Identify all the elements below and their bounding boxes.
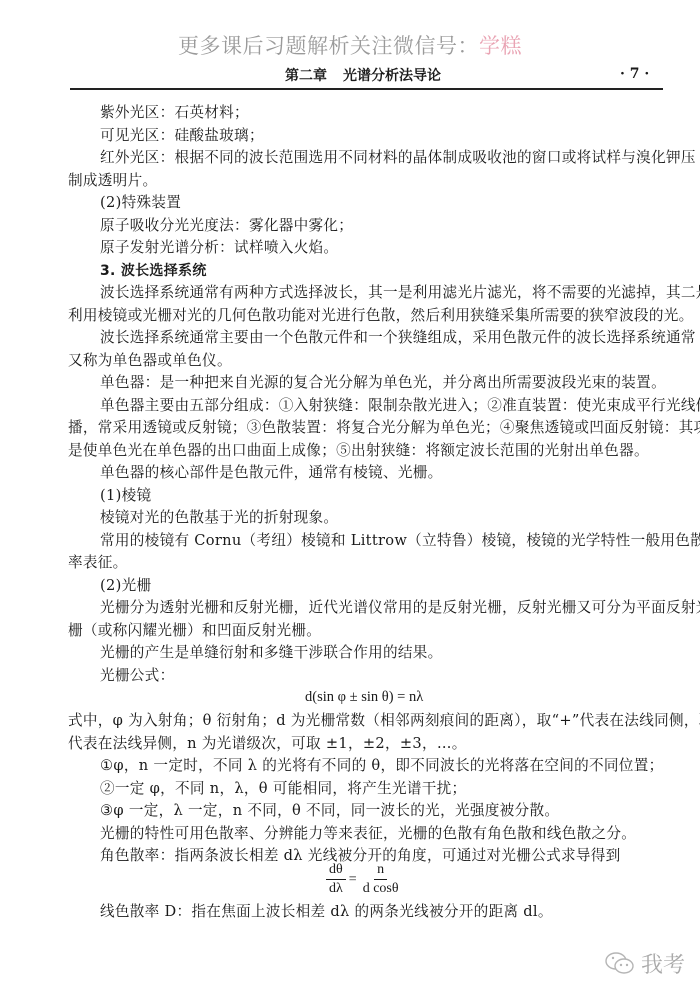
text-line: 单色器的核心部件是色散元件，通常有棱镜、光栅。 — [100, 463, 443, 483]
subsection-heading: (2)光栅 — [100, 576, 151, 596]
text-line: 单色器主要由五部分组成：①入射狭缝：限制杂散光进入；②准直装置：使光束成平行光线… — [100, 396, 700, 416]
text-line: ③φ 一定，λ 一定，n 不同，θ 不同，同一波长的光，光强度被分散。 — [100, 801, 559, 821]
text-line: 光栅的特性可用色散率、分辨能力等来表征，光栅的色散有角色散和线色散之分。 — [100, 824, 636, 844]
text-line: 原子发射光谱分析：试样喷入火焰。 — [100, 238, 338, 258]
text-line: 是使单色光在单色器的出口曲面上成像；⑤出射狭缝：将额定波长范围的光射出单色器。 — [68, 441, 649, 461]
wechat-badge: 我考 — [605, 948, 685, 979]
text-line: 制成透明片。 — [68, 171, 157, 191]
equals-sign: = — [349, 872, 357, 888]
text-line: 光栅的产生是单缝衍射和多缝干涉联合作用的结果。 — [100, 643, 443, 663]
wechat-account-label: 我考 — [641, 948, 685, 979]
text-line: 波长选择系统通常主要由一个色散元件和一个狭缝组成，采用色散元件的波长选择系统通常 — [100, 328, 696, 348]
watermark-banner: 更多课后习题解析关注微信号：学糕 — [0, 30, 700, 60]
text-line: ②一定 φ，不同 n，λ，θ 可能相同，将产生光谱干扰； — [100, 779, 466, 799]
watermark-account: 学糕 — [479, 34, 522, 58]
text-line: 线色散率 D：指在焦面上波长相差 dλ 的两条光线被分开的距离 dl。 — [100, 902, 553, 922]
grating-equation: d(sin φ ± sin θ) = nλ — [305, 689, 423, 706]
text-line: 棱镜对光的色散基于光的折射现象。 — [100, 508, 338, 528]
text-line: 波长选择系统通常有两种方式选择波长，其一是利用滤光片滤光，将不需要的光滤掉，其二… — [100, 283, 700, 303]
chapter-label: 第二章 — [285, 68, 327, 84]
running-header: 第二章光谱分析法导论 — [285, 65, 457, 85]
header-rule — [70, 88, 663, 90]
wechat-icon — [605, 951, 635, 977]
text-line: 栅（或称闪耀光栅）和凹面反射光栅。 — [68, 621, 321, 641]
text-line: 常用的棱镜有 Cornu（考纽）棱镜和 Littrow（立特鲁）棱镜，棱镜的光学… — [100, 531, 700, 551]
text-line: 式中，φ 为入射角；θ 衍射角；d 为光栅常数（相邻两刻痕间的距离），取“+”代… — [68, 711, 700, 731]
lhs-numerator: dθ — [326, 862, 346, 880]
text-line: 光栅公式： — [100, 666, 174, 686]
section-heading: 3. 波长选择系统 — [100, 261, 207, 281]
angular-dispersion-equation: dθ dλ = n d cosθ — [326, 862, 402, 897]
text-line: 利用棱镜或光栅对光的几何色散功能对光进行色散，然后利用狭缝采集所需要的狭窄波段的… — [68, 306, 694, 326]
text-line: ①φ，n 一定时，不同 λ 的光将有不同的 θ，即不同波长的光将落在空间的不同位… — [100, 756, 664, 776]
rhs-denominator: d cosθ — [360, 880, 402, 897]
text-line: 率表征。 — [68, 553, 128, 573]
text-line: 单色器：是一种把来自光源的复合光分解为单色光，并分离出所需要波段光束的装置。 — [100, 373, 666, 393]
text-line: 代表在法线异侧，n 为光谱级次，可取 ±1，±2，±3，…。 — [68, 734, 467, 754]
text-line: 光栅分为透射光栅和反射光栅，近代光谱仪常用的是反射光栅，反射光栅又可分为平面反射… — [100, 598, 700, 618]
watermark-text: 更多课后习题解析关注微信号： — [178, 34, 479, 58]
text-line: 又称为单色器或单色仪。 — [68, 351, 232, 371]
chapter-title: 光谱分析法导论 — [343, 68, 441, 84]
text-line: 紫外光区：石英材料； — [100, 103, 249, 123]
text-line: 红外光区：根据不同的波长范围选用不同材料的晶体制成吸收池的窗口或将试样与溴化钾压 — [100, 148, 696, 168]
page-number: · 7 · — [620, 66, 649, 82]
rhs-fraction: n d cosθ — [360, 862, 402, 897]
lhs-fraction: dθ dλ — [326, 862, 346, 897]
subsection-heading: (2)特殊装置 — [100, 193, 181, 213]
lhs-denominator: dλ — [326, 880, 346, 897]
text-line: 原子吸收分光光度法：雾化器中雾化； — [100, 216, 353, 236]
text-line: 可见光区：硅酸盐玻璃； — [100, 126, 264, 146]
rhs-numerator: n — [374, 862, 387, 880]
subsection-heading: (1)棱镜 — [100, 486, 151, 506]
text-line: 播，常采用透镜或反射镜；③色散装置：将复合光分解为单色光；④聚焦透镜或凹面反射镜… — [68, 418, 700, 438]
